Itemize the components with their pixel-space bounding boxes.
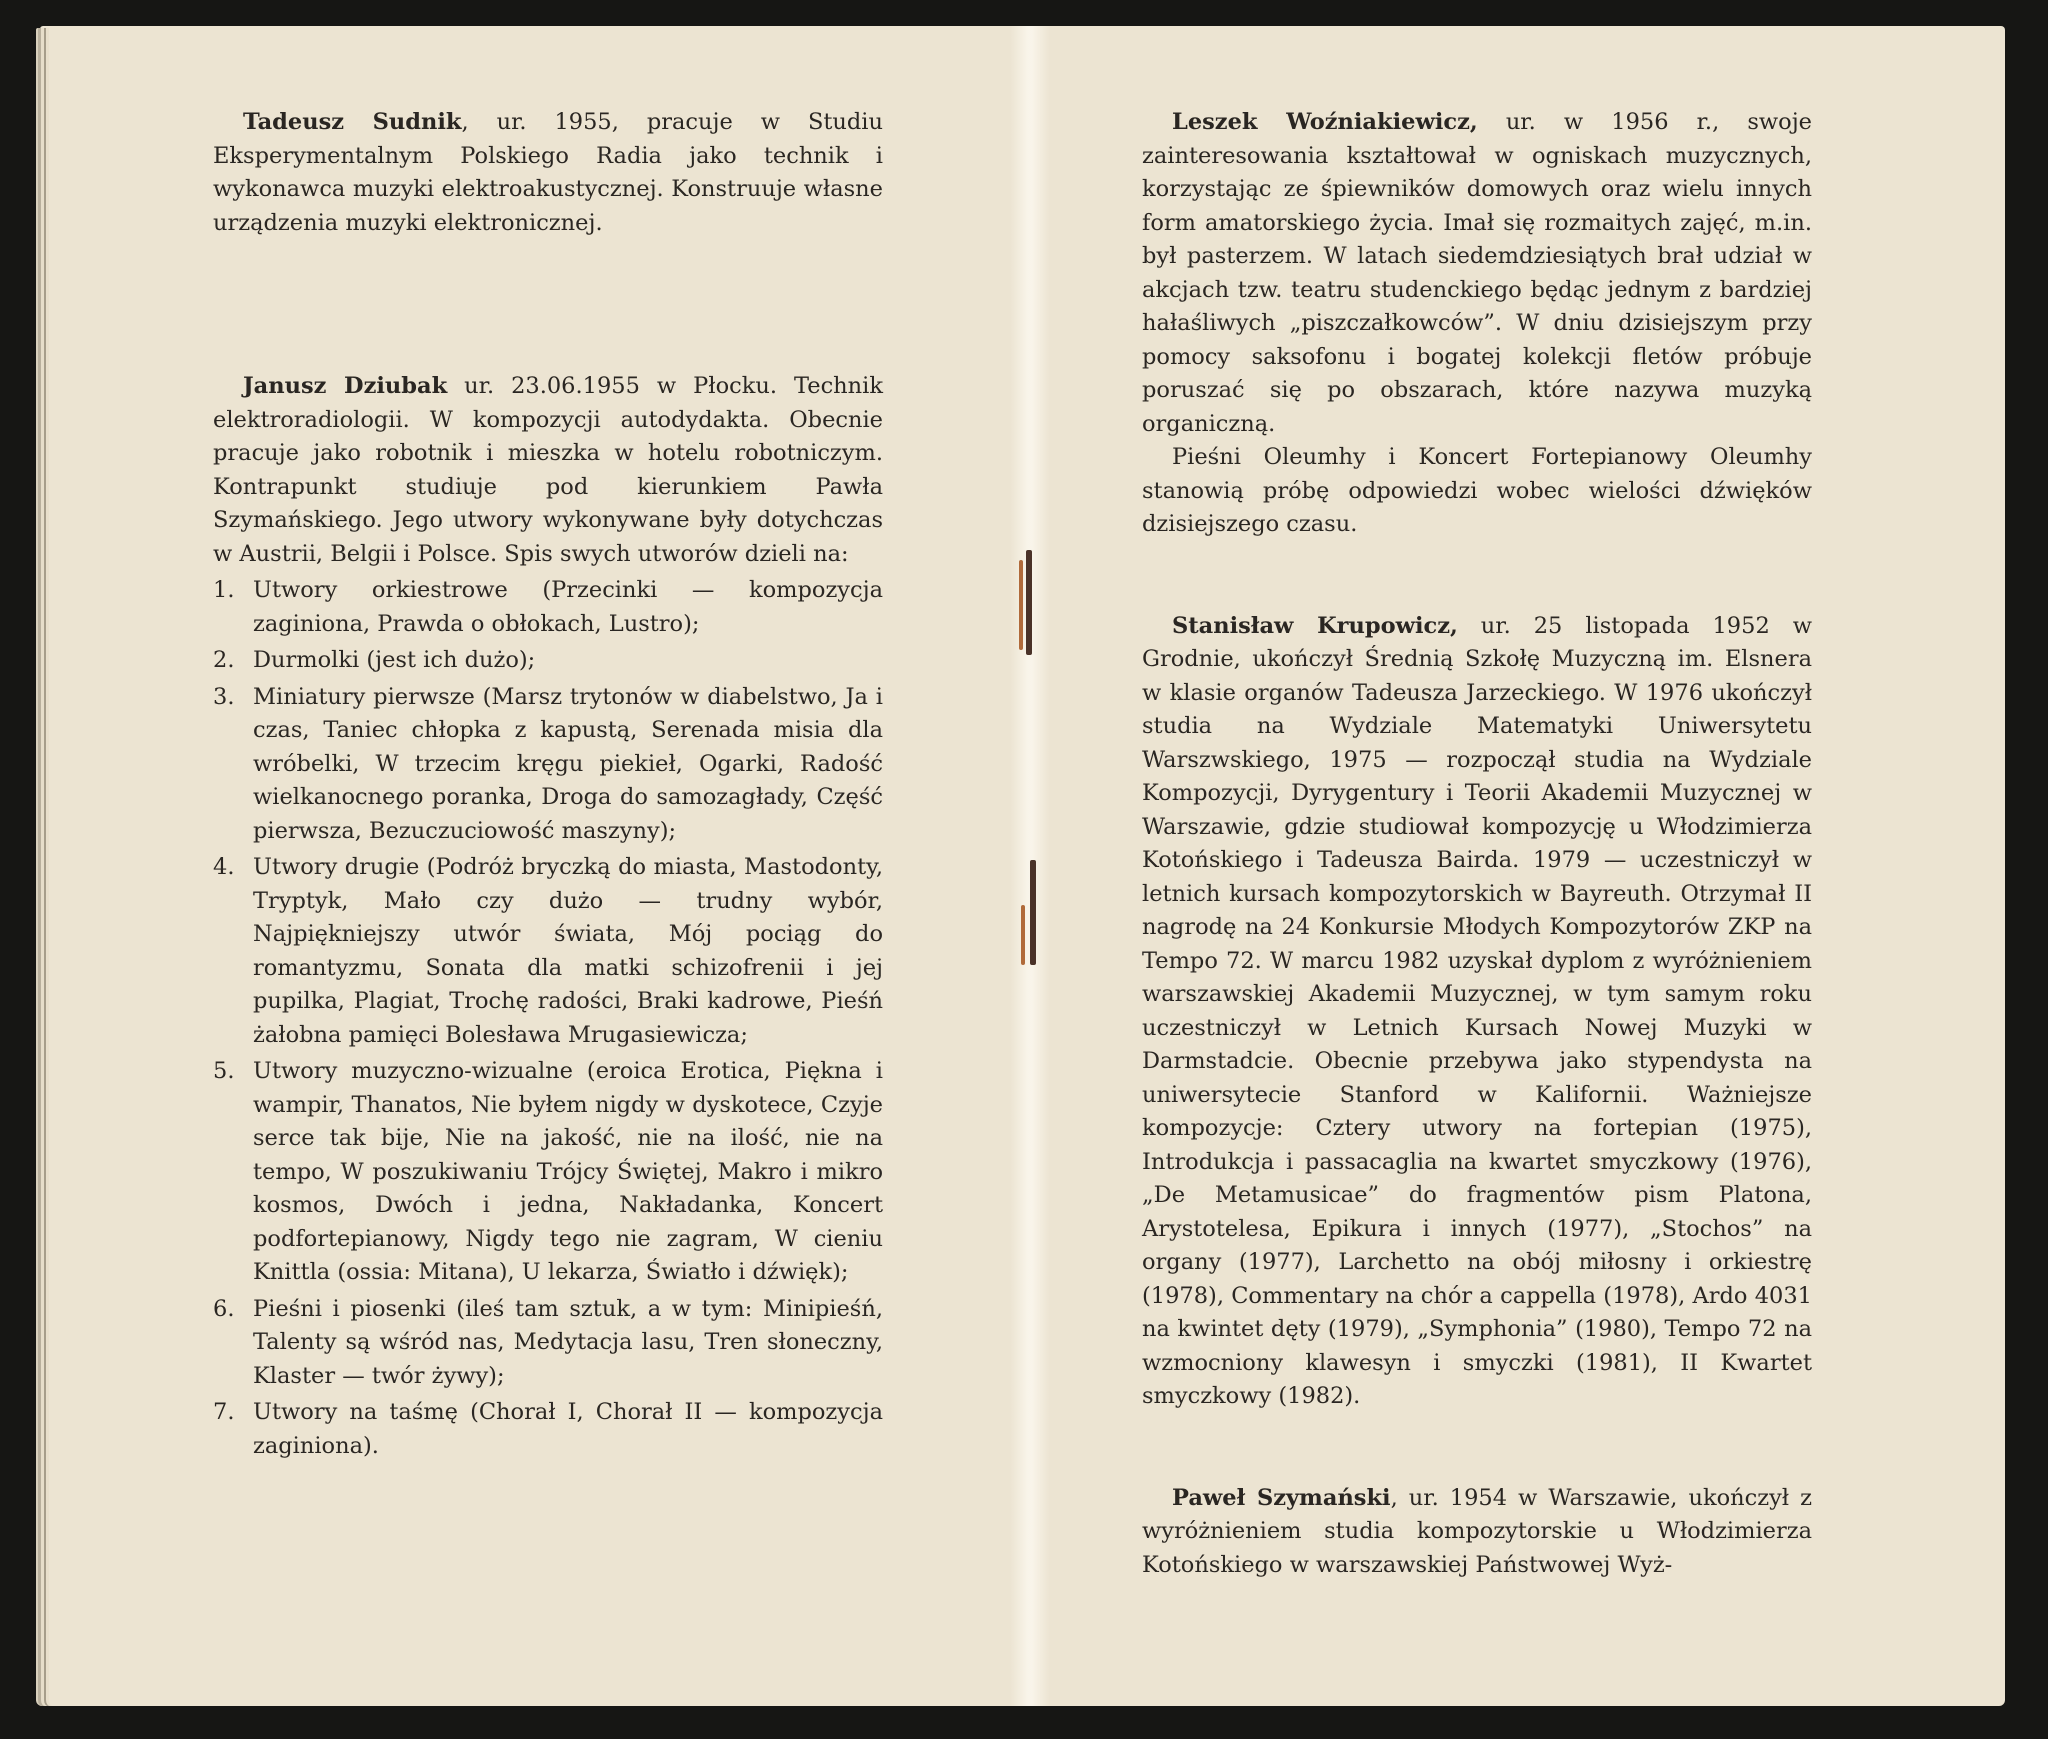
works-list: 1.Utwory orkiestrowe (Przecinki — kompoz… (213, 574, 883, 1463)
right-page: Leszek Woźniakiewicz, ur. w 1956 r., swo… (1142, 106, 1812, 1582)
list-number: 3. (213, 681, 234, 715)
list-number: 5. (213, 1055, 234, 1089)
list-number: 6. (213, 1293, 234, 1327)
staple-bottom (1030, 860, 1036, 965)
list-text: Utwory na taśmę (Chorał I, Chorał II — k… (253, 1399, 883, 1459)
bio-name: Janusz Dziubak (243, 373, 447, 399)
list-text: Pieśni i piosenki (ileś tam sztuk, a w t… (253, 1296, 883, 1389)
list-text: Durmolki (jest ich dużo); (253, 647, 535, 673)
bio-szymanski: Paweł Szymański, ur. 1954 w Warszawie, u… (1142, 1482, 1812, 1583)
staple-rust-mark (1019, 560, 1023, 650)
list-item: 2.Durmolki (jest ich dużo); (213, 644, 883, 678)
bio-name: Stanisław Krupowicz, (1172, 613, 1458, 639)
list-item: 4.Utwory drugie (Podróż bryczką do miast… (213, 851, 883, 1052)
bio-name: Paweł Szymański (1172, 1485, 1391, 1511)
bio-extra-paragraph: Pieśni Oleumhy i Koncert Fortepianowy Ol… (1142, 441, 1812, 542)
list-text: Miniatury pierwsze (Marsz trytonów w dia… (253, 684, 883, 844)
bio-dziubak: Janusz Dziubak ur. 23.06.1955 w Płocku. … (213, 370, 883, 571)
bio-krupowicz: Stanisław Krupowicz, ur. 25 listopada 19… (1142, 610, 1812, 1414)
list-item: 3.Miniatury pierwsze (Marsz trytonów w d… (213, 681, 883, 849)
staple-rust-mark (1021, 905, 1025, 965)
bio-text: ur. 25 listopada 1952 w Grodnie, ukończy… (1142, 613, 1812, 1410)
bio-wozniakiewicz: Leszek Woźniakiewicz, ur. w 1956 r., swo… (1142, 106, 1812, 441)
list-text: Utwory orkiestrowe (Przecinki — kompozyc… (253, 577, 883, 637)
left-page: Tadeusz Sudnik, ur. 1955, pracuje w Stud… (213, 106, 883, 1463)
list-item: 6.Pieśni i piosenki (ileś tam sztuk, a w… (213, 1293, 883, 1394)
list-item: 5.Utwory muzyczno-wizualne (eroica Eroti… (213, 1055, 883, 1290)
page-edge-stack (36, 28, 62, 1706)
bio-text: ur. 23.06.1955 w Płocku. Technik elektro… (213, 373, 883, 567)
bio-name: Tadeusz Sudnik (243, 109, 462, 135)
list-text: Utwory drugie (Podróż bryczką do miasta,… (253, 854, 883, 1048)
bio-sudnik: Tadeusz Sudnik, ur. 1955, pracuje w Stud… (213, 106, 883, 240)
list-number: 4. (213, 851, 234, 885)
bio-text: ur. w 1956 r., swoje zainteresowania ksz… (1142, 109, 1812, 437)
staple-top (1026, 550, 1032, 655)
list-number: 7. (213, 1396, 234, 1430)
bio-name: Leszek Woźniakiewicz, (1172, 109, 1478, 135)
list-number: 2. (213, 644, 234, 678)
list-text: Utwory muzyczno-wizualne (eroica Erotica… (253, 1058, 883, 1285)
list-item: 1.Utwory orkiestrowe (Przecinki — kompoz… (213, 574, 883, 641)
list-item: 7.Utwory na taśmę (Chorał I, Chorał II —… (213, 1396, 883, 1463)
list-number: 1. (213, 574, 234, 608)
